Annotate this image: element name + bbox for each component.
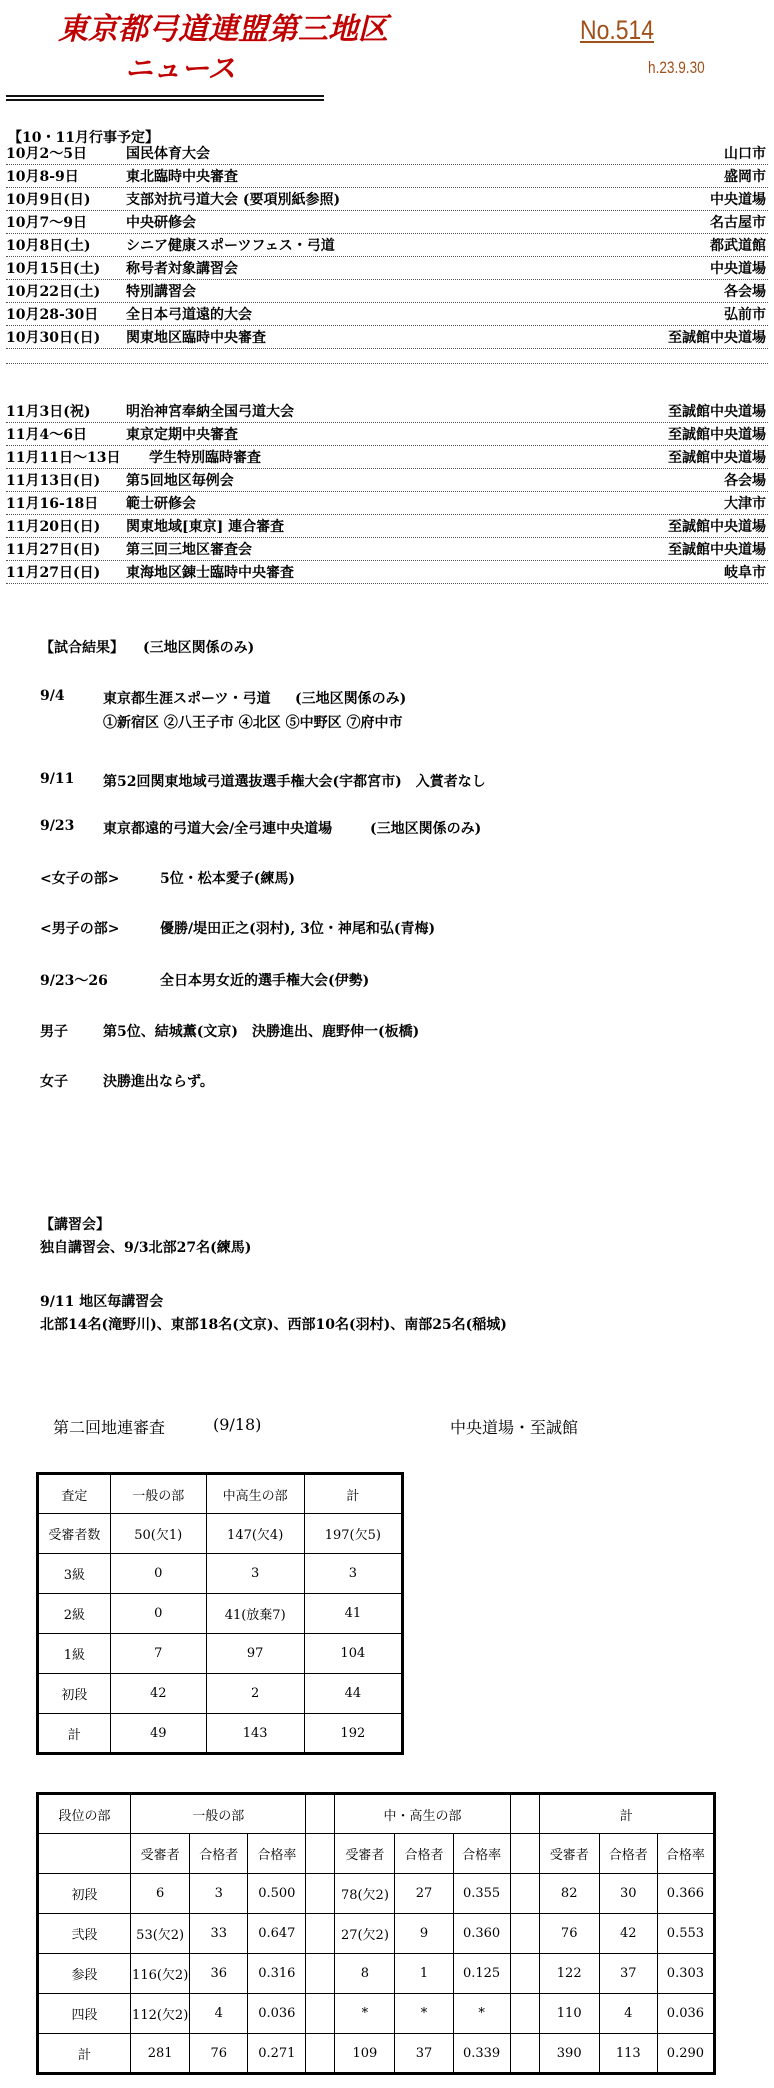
- result-text: 東京都遠的弓道大会/全弓連中央道場: [103, 818, 332, 838]
- table-subheader: 受審者: [539, 1834, 599, 1874]
- table-header: 計: [304, 1474, 402, 1514]
- table-row: 参段 116(欠2) 36 0.316 8 1 0.125 122 37 0.3…: [38, 1954, 715, 1994]
- table-cell: 0.339: [453, 2034, 510, 2074]
- schedule-row: 11月4〜6日東京定期中央審査至誠館中央道場: [6, 423, 768, 446]
- table-cell: 参段: [38, 1954, 131, 1994]
- exam-venue: 中央道場・至誠館: [450, 1415, 578, 1438]
- table-cell: 0.036: [248, 1994, 306, 2034]
- table-subheader: 合格率: [453, 1834, 510, 1874]
- table-header: 査定: [38, 1474, 111, 1514]
- newsletter-title: 東京都弓道連盟第三地区: [58, 12, 388, 48]
- seminar-line: 独自講習会、9/3北部27名(練馬): [40, 1237, 251, 1257]
- header-rule-bottom: [6, 99, 324, 101]
- table-cell: 37: [599, 1954, 657, 1994]
- dan-results-table: 段位の部 一般の部 中・高生の部 計 受審者 合格者 合格率 受審者 合格者 合…: [36, 1792, 716, 2075]
- issue-number: No.514: [580, 14, 654, 46]
- table-cell: 2: [206, 1674, 304, 1714]
- table-row: 初段 42 2 44: [38, 1674, 403, 1714]
- exam-title: 第二回地連審査: [53, 1415, 165, 1438]
- table-gap-cell: [306, 1834, 335, 1874]
- table-cell: 147(欠4): [206, 1514, 304, 1554]
- table-cell: 四段: [38, 1994, 131, 2034]
- table-cell: 受審者数: [38, 1514, 111, 1554]
- table-cell: 0: [110, 1594, 206, 1634]
- table-cell: 112(欠2): [131, 1994, 190, 2034]
- table-cell: 0.366: [657, 1874, 714, 1914]
- table-group-header: 中・高生の部: [335, 1794, 510, 1834]
- schedule-row: 11月27日(日)第三回三地区審査会至誠館中央道場: [6, 538, 768, 561]
- result-text: 第52回関東地域弓道選抜選手権大会(宇都宮市) 入賞者なし: [103, 771, 486, 791]
- table-cell: 0: [110, 1554, 206, 1594]
- schedule-row: 10月2〜5日国民体育大会山口市: [6, 142, 768, 165]
- table-cell: 3: [190, 1874, 248, 1914]
- table-row: 1級 7 97 104: [38, 1634, 403, 1674]
- seminar-line: 9/11 地区毎講習会: [40, 1291, 163, 1311]
- table-cell: 初段: [38, 1874, 131, 1914]
- table-cell: 53(欠2): [131, 1914, 190, 1954]
- table-cell: 390: [539, 2034, 599, 2074]
- table-row: 四段 112(欠2) 4 0.036 * * * 110 4 0.036: [38, 1994, 715, 2034]
- men-result: 優勝/堤田正之(羽村), 3位・神尾和弘(青梅): [160, 918, 435, 938]
- table-cell: 0.036: [657, 1994, 714, 2034]
- result-subtext: ①新宿区 ②八王子市 ④北区 ⑤中野区 ⑦府中市: [103, 712, 403, 732]
- table-cell: 192: [304, 1714, 402, 1754]
- schedule-row: 10月8-9日東北臨時中央審査盛岡市: [6, 165, 768, 188]
- table-cell: 36: [190, 1954, 248, 1994]
- table-cell: 109: [335, 2034, 395, 2074]
- table-row: 2級 0 41(放棄7) 41: [38, 1594, 403, 1634]
- schedule-row: 11月16-18日範士研修会大津市: [6, 492, 768, 515]
- table-cell: 143: [206, 1714, 304, 1754]
- table-cell: 0.355: [453, 1874, 510, 1914]
- table-cell: 76: [190, 2034, 248, 2074]
- table-cell: 27(欠2): [335, 1914, 395, 1954]
- table-cell: 0.360: [453, 1914, 510, 1954]
- table-gap-cell: [306, 2034, 335, 2074]
- table-gap-cell: [510, 1834, 539, 1874]
- table-row: 計 49 143 192: [38, 1714, 403, 1754]
- schedule-row: 10月9日(日)支部対抗弓道大会 (要項別紙参照)中央道場: [6, 188, 768, 211]
- table-cell: 初段: [38, 1674, 111, 1714]
- table-cell: 50(欠1): [110, 1514, 206, 1554]
- table-subheader: 合格者: [190, 1834, 248, 1874]
- table-cell: 計: [38, 2034, 131, 2074]
- table-cell: 計: [38, 1714, 111, 1754]
- newsletter-subtitle: ニュース: [125, 52, 236, 86]
- table-row: 弐段 53(欠2) 33 0.647 27(欠2) 9 0.360 76 42 …: [38, 1914, 715, 1954]
- table-gap-cell: [306, 1994, 335, 2034]
- table-cell: 42: [599, 1914, 657, 1954]
- table-cell: *: [453, 1994, 510, 2034]
- table-cell: 110: [539, 1994, 599, 2034]
- schedule-row: 10月8日(土)シニア健康スポーツフェス・弓道都武道館: [6, 234, 768, 257]
- table-cell: 0.316: [248, 1954, 306, 1994]
- table-cell: 104: [304, 1634, 402, 1674]
- table-gap-cell: [510, 1954, 539, 1994]
- table-cell: 0.647: [248, 1914, 306, 1954]
- table-subheader: 合格率: [248, 1834, 306, 1874]
- table-cell: 30: [599, 1874, 657, 1914]
- table-cell: 3: [206, 1554, 304, 1594]
- table-cell: 9: [395, 1914, 453, 1954]
- schedule-row: 10月30日(日)関東地区臨時中央審査至誠館中央道場: [6, 326, 768, 349]
- table-cell: 42: [110, 1674, 206, 1714]
- schedule-row: 11月27日(日)東海地区錬士臨時中央審査岐阜市: [6, 561, 768, 584]
- schedule-spacer-row: [6, 349, 768, 364]
- result-text: 東京都生涯スポーツ・弓道: [103, 688, 270, 708]
- table-gap-cell: [510, 1874, 539, 1914]
- national-event: 全日本男女近的選手権大会(伊勢): [160, 970, 369, 990]
- table-cell: 41(放棄7): [206, 1594, 304, 1634]
- table-row: 受審者数 50(欠1) 147(欠4) 197(欠5): [38, 1514, 403, 1554]
- table-cell: 3: [304, 1554, 402, 1594]
- table-cell: 4: [190, 1994, 248, 2034]
- schedule-row: 11月13日(日)第5回地区毎例会各会場: [6, 469, 768, 492]
- seminar-line: 北部14名(滝野川)、東部18名(文京)、西部10名(羽村)、南部25名(稲城): [40, 1314, 507, 1334]
- table-gap-cell: [510, 1794, 539, 1834]
- schedule-row: 11月20日(日)関東地域[東京] 連合審査至誠館中央道場: [6, 515, 768, 538]
- table-gap-cell: [306, 1874, 335, 1914]
- table-group-header: 計: [539, 1794, 714, 1834]
- table-cell: 7: [110, 1634, 206, 1674]
- table-subheader: 受審者: [335, 1834, 395, 1874]
- table-subheader: 合格率: [657, 1834, 714, 1874]
- table-gap-cell: [510, 2034, 539, 2074]
- table-cell: 8: [335, 1954, 395, 1994]
- table-header-row: 査定 一般の部 中高生の部 計: [38, 1474, 403, 1514]
- table-cell: 78(欠2): [335, 1874, 395, 1914]
- table-cell: 49: [110, 1714, 206, 1754]
- table-cell: 6: [131, 1874, 190, 1914]
- table-row: 計 281 76 0.271 109 37 0.339 390 113 0.29…: [38, 2034, 715, 2074]
- table-gap-cell: [510, 1914, 539, 1954]
- table-cell: 0.125: [453, 1954, 510, 1994]
- exam-date: (9/18): [213, 1415, 261, 1434]
- table-cell: 0.500: [248, 1874, 306, 1914]
- men-label: <男子の部>: [40, 918, 119, 938]
- table-header: 一般の部: [110, 1474, 206, 1514]
- result-date: 9/23: [40, 818, 74, 834]
- table-cell: 82: [539, 1874, 599, 1914]
- table-cell: 41: [304, 1594, 402, 1634]
- table-cell: 113: [599, 2034, 657, 2074]
- results-heading-note: (三地区関係のみ): [143, 637, 254, 657]
- schedule-row: 10月28-30日全日本弓道遠的大会弘前市: [6, 303, 768, 326]
- table-row: 3級 0 3 3: [38, 1554, 403, 1594]
- table-subheader: 合格者: [599, 1834, 657, 1874]
- table-group-header-row: 段位の部 一般の部 中・高生の部 計: [38, 1794, 715, 1834]
- table-subheader-row: 受審者 合格者 合格率 受審者 合格者 合格率 受審者 合格者 合格率: [38, 1834, 715, 1874]
- women-result: 5位・松本愛子(練馬): [160, 868, 295, 888]
- national-date: 9/23〜26: [40, 970, 108, 990]
- table-cell: 27: [395, 1874, 453, 1914]
- schedule-row: 10月15日(土)称号者対象講習会中央道場: [6, 257, 768, 280]
- table-cell: 1級: [38, 1634, 111, 1674]
- seminars-heading: 【講習会】: [40, 1214, 110, 1234]
- national-men-label: 男子: [40, 1021, 68, 1041]
- schedule-row: 11月11日〜13日学生特別臨時審査至誠館中央道場: [6, 446, 768, 469]
- schedule-row: 10月7〜9日中央研修会名古屋市: [6, 211, 768, 234]
- table-cell: 37: [395, 2034, 453, 2074]
- table-gap-cell: [510, 1994, 539, 2034]
- schedule-november: 11月3日(祝)明治神宮奉納全国弓道大会至誠館中央道場 11月4〜6日東京定期中…: [6, 400, 768, 584]
- table-cell: 33: [190, 1914, 248, 1954]
- table-cell: 1: [395, 1954, 453, 1994]
- table-gap-cell: [306, 1914, 335, 1954]
- table-group-header: 一般の部: [131, 1794, 306, 1834]
- national-men-result: 第5位、結城薫(文京) 決勝進出、鹿野伸一(板橋): [103, 1021, 419, 1041]
- table-cell: *: [395, 1994, 453, 2034]
- table-cell: 3級: [38, 1554, 111, 1594]
- table-header: 段位の部: [38, 1794, 131, 1834]
- national-women-label: 女子: [40, 1071, 68, 1091]
- table-header: [38, 1834, 131, 1874]
- table-cell: 76: [539, 1914, 599, 1954]
- national-women-result: 決勝進出ならず。: [103, 1071, 214, 1091]
- schedule-october: 10月2〜5日国民体育大会山口市 10月8-9日東北臨時中央審査盛岡市 10月9…: [6, 142, 768, 364]
- result-note: (三地区関係のみ): [295, 688, 406, 708]
- table-gap-cell: [306, 1794, 335, 1834]
- table-cell: 197(欠5): [304, 1514, 402, 1554]
- result-date: 9/4: [40, 688, 65, 704]
- table-cell: 0.553: [657, 1914, 714, 1954]
- table-cell: 44: [304, 1674, 402, 1714]
- table-row: 初段 6 3 0.500 78(欠2) 27 0.355 82 30 0.366: [38, 1874, 715, 1914]
- table-subheader: 受審者: [131, 1834, 190, 1874]
- table-cell: 0.303: [657, 1954, 714, 1994]
- table-gap-cell: [306, 1954, 335, 1994]
- result-note: (三地区関係のみ): [370, 818, 481, 838]
- table-cell: *: [335, 1994, 395, 2034]
- table-cell: 116(欠2): [131, 1954, 190, 1994]
- table-cell: 0.271: [248, 2034, 306, 2074]
- women-label: <女子の部>: [40, 868, 119, 888]
- table-cell: 2級: [38, 1594, 111, 1634]
- table-cell: 97: [206, 1634, 304, 1674]
- result-date: 9/11: [40, 771, 74, 787]
- table-cell: 122: [539, 1954, 599, 1994]
- issue-date: h.23.9.30: [648, 58, 705, 78]
- kyu-results-table: 査定 一般の部 中高生の部 計 受審者数 50(欠1) 147(欠4) 197(…: [36, 1472, 404, 1755]
- schedule-row: 10月22日(土)特別講習会各会場: [6, 280, 768, 303]
- table-cell: 281: [131, 2034, 190, 2074]
- table-cell: 4: [599, 1994, 657, 2034]
- table-header: 中高生の部: [206, 1474, 304, 1514]
- results-heading: 【試合結果】: [40, 637, 124, 657]
- table-cell: 0.290: [657, 2034, 714, 2074]
- table-subheader: 合格者: [395, 1834, 453, 1874]
- table-cell: 弐段: [38, 1914, 131, 1954]
- header-rule-top: [6, 95, 324, 97]
- schedule-row: 11月3日(祝)明治神宮奉納全国弓道大会至誠館中央道場: [6, 400, 768, 423]
